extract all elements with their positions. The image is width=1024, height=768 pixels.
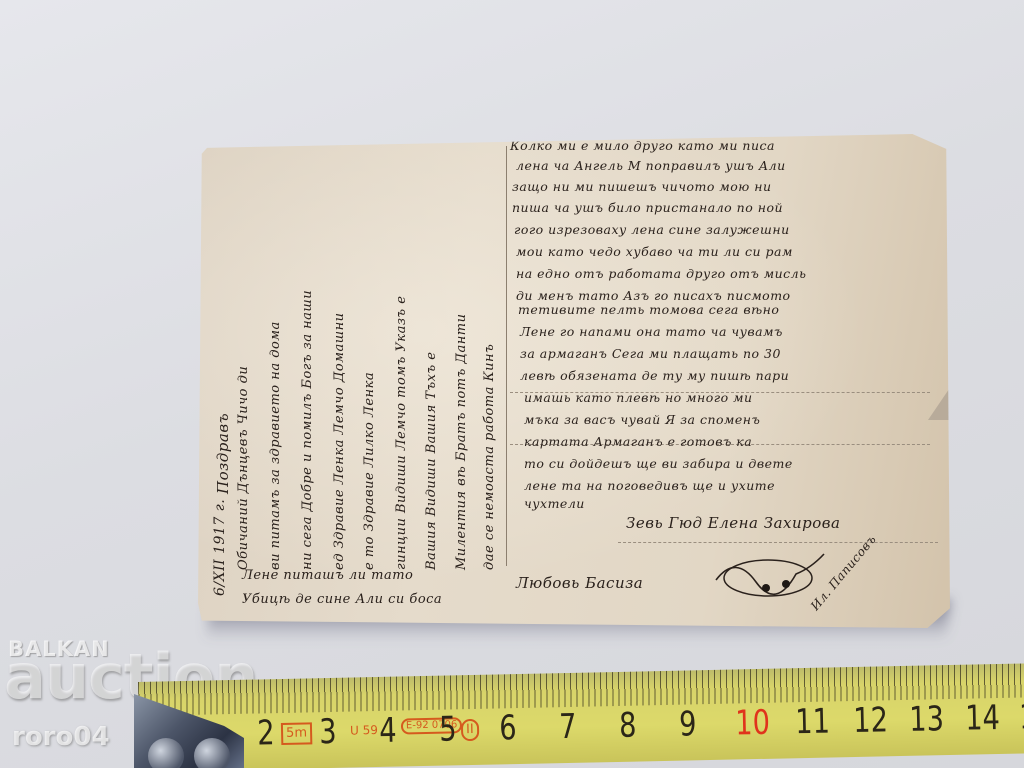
tape-number: 3	[319, 712, 337, 752]
message-line: за армаганъ Сега ми плащать по 30	[520, 346, 781, 361]
message-line: чухтели	[524, 496, 585, 511]
left-bottom-line: Лене питашъ ли тато	[242, 568, 413, 583]
left-column-text: ед Здравие Ленка Лемчо Домашни	[332, 312, 347, 570]
left-column-text: гинции Видиши Лемчо томъ Указъ е	[394, 296, 409, 570]
message-line: мъка за васъ чувай Я за споменъ	[524, 412, 760, 427]
tape-number: 8	[619, 706, 637, 746]
message-line: то си дойдешъ ще ви забира и двете	[524, 456, 793, 471]
tape-number: 13	[909, 699, 944, 740]
message-line: лена ча Ангель М поправилъ ушъ Али	[516, 158, 786, 173]
left-column-text: ни сега Добре и помилъ Богъ за наши	[300, 290, 315, 570]
tape-number: 11	[795, 702, 830, 743]
message-line: имашь като плевѣ но много ми	[524, 390, 753, 405]
tape-number: 6	[499, 708, 517, 748]
message-line: мои като чедо хубаво ча ти ли си рам	[516, 244, 793, 259]
date-text: 6/XII 1917 г.	[212, 499, 228, 596]
left-column-text: е то Здравие Лилко Ленка	[362, 372, 377, 570]
message-line: пиша ча ушъ било пристанало по ной	[512, 200, 783, 215]
tape-number: 2	[257, 713, 275, 753]
message-line: тетивите пелть томова сега вѣно	[518, 302, 779, 317]
tape-ticks	[138, 663, 1024, 716]
tape-brand-label: 5m	[281, 722, 312, 745]
left-bottom-line: Убицѣ де сине Али си боса	[242, 592, 442, 607]
message-line: левѣ обязената де ту му пишѣ пари	[520, 368, 789, 383]
tape-number: 4	[379, 711, 397, 751]
tape-number: 1	[1019, 697, 1024, 737]
message-line: картата Армаганъ е готовъ ка	[524, 434, 752, 449]
photo-scene: 6/XII 1917 г. Поздравъ Обичаний Дънцевъ …	[0, 0, 1024, 768]
tape-class-label: II	[461, 719, 479, 741]
rivet-icon	[148, 738, 184, 768]
tape-number-highlight: 10	[735, 703, 770, 744]
left-column-text: дае се немоаста работа Кинъ	[482, 344, 497, 570]
message-line: ди менъ тато Азъ го писахъ писмото	[516, 288, 791, 303]
message-line: на едно отъ работата друго отъ мисль	[516, 266, 806, 281]
message-line: Лене го напами она тато ча чувамъ	[520, 324, 783, 339]
message-line: защо ни ми пишешъ чичото мою ни	[512, 179, 772, 194]
left-column-text: ви питамъ за здравието на дома	[268, 321, 283, 570]
tape-number: 5	[439, 709, 457, 749]
left-column-text: Милентия вѣ Братъ потъ Данти	[454, 314, 469, 570]
rivet-icon	[194, 738, 230, 768]
postcard-divider-line	[506, 146, 507, 566]
message-line: Колко ми е мило друго като ми писа	[510, 138, 775, 153]
tape-u-label: U 59	[347, 721, 381, 740]
message-line: лене та на поговедивъ ще и ухите	[524, 478, 775, 493]
stamp-mark	[928, 370, 996, 420]
message-line: гого изрезоваху лена сине залужешни	[514, 222, 790, 237]
flourish-signature-icon	[706, 544, 836, 604]
postcard: 6/XII 1917 г. Поздравъ Обичаний Дънцевъ …	[198, 134, 950, 628]
watermark-brand-top: BALKAN	[8, 637, 110, 661]
address-line	[618, 542, 938, 543]
signature-left: Любовь Басиза	[516, 574, 643, 592]
left-column-text: Вашия Видиши Вашия Тъхъ е	[424, 352, 439, 570]
watermark-seller: roro04	[12, 722, 110, 752]
tape-measure: 2 5m 3 U 59 4 E-92 0706 5 II 6 7 8 9 10 …	[138, 663, 1024, 768]
closing-signature: Зевь Гюд Елена Захирова	[626, 514, 840, 532]
tape-number: 14	[965, 698, 1000, 739]
tape-number: 9	[679, 704, 697, 744]
greeting-text: Поздравъ	[214, 413, 232, 494]
tape-number: 12	[853, 700, 888, 741]
tape-number: 7	[559, 707, 577, 747]
left-column-text: Обичаний Дънцевъ Чичо ди	[236, 366, 251, 570]
